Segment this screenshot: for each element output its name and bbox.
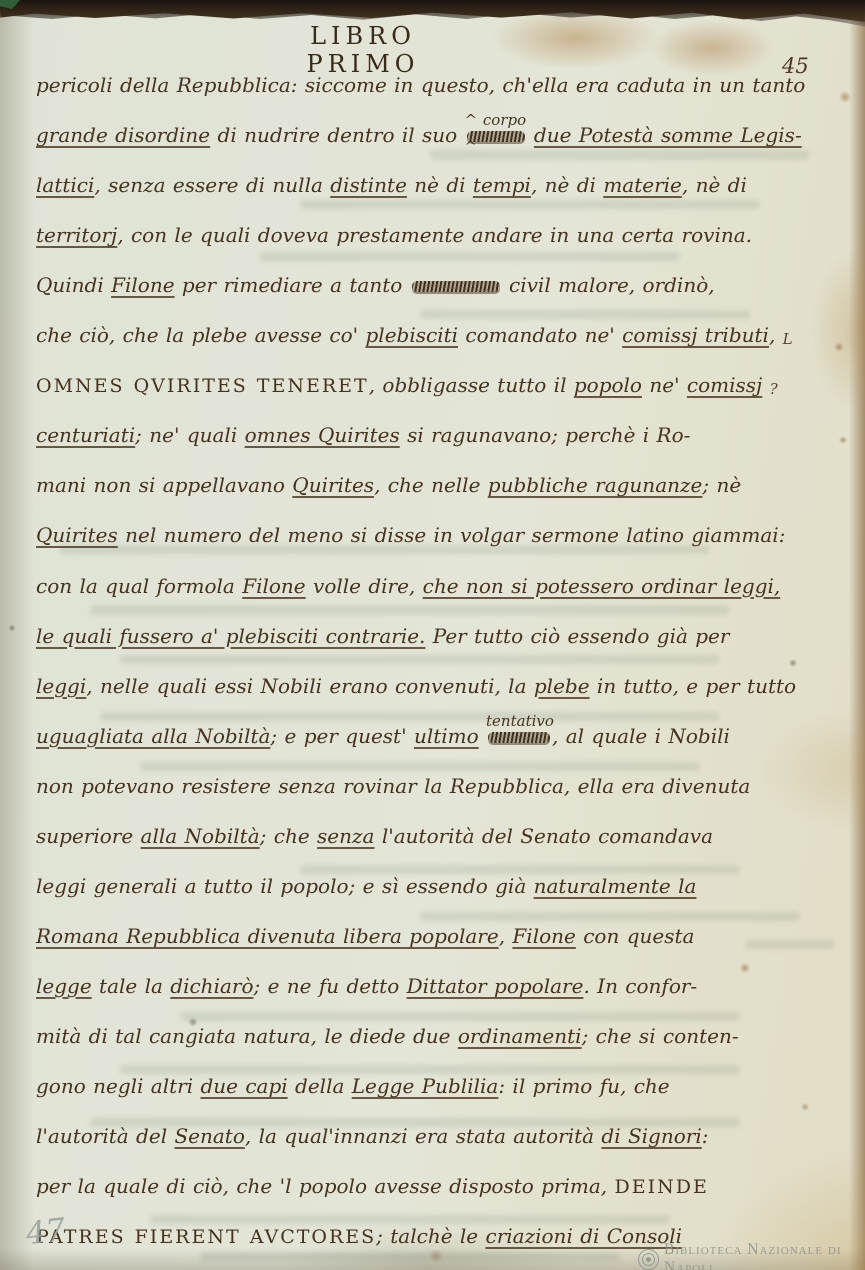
bleedthrough-smudge bbox=[120, 655, 720, 664]
underlined-segment: lattici bbox=[36, 173, 94, 197]
text-segment: , senza essere di nulla bbox=[94, 173, 330, 197]
text-line: per la quale di ciò, che 'l popolo avess… bbox=[36, 1173, 709, 1200]
underlined-segment: le quali fussero a' plebisciti contrarie… bbox=[36, 624, 425, 648]
text-segment: per la quale di ciò, che 'l popolo avess… bbox=[36, 1174, 615, 1198]
text-segment: ; che bbox=[260, 824, 317, 848]
underlined-segment: tempi bbox=[473, 173, 531, 197]
underlined-segment: Filone bbox=[242, 574, 305, 598]
text-line: con la qual formola Filone volle dire, c… bbox=[36, 573, 780, 599]
text-line: OMNES QVIRITES TENERET, obbligasse tutto… bbox=[36, 372, 778, 400]
underlined-segment: dichiarò bbox=[170, 974, 253, 998]
text-line: mità di tal cangiata natura, le diede du… bbox=[36, 1023, 739, 1049]
text-segment: con questa bbox=[576, 924, 695, 948]
text-segment: ; che si conten- bbox=[582, 1024, 739, 1048]
text-segment bbox=[527, 123, 534, 147]
text-line: mani non si appellavano Quirites, che ne… bbox=[36, 472, 741, 498]
bleedthrough-smudge bbox=[200, 1252, 620, 1261]
underlined-segment: alla Nobiltà bbox=[141, 824, 260, 848]
text-segment: con la qual formola bbox=[36, 574, 242, 598]
text-line: centuriati; ne' quali omnes Quirites si … bbox=[36, 422, 690, 448]
underlined-segment: due capi bbox=[200, 1074, 287, 1098]
bleedthrough-smudge bbox=[420, 310, 750, 319]
underlined-segment: Quirites bbox=[36, 523, 118, 547]
text-line: PATRES FIERENT AVCTORES; talchè le criaz… bbox=[36, 1223, 682, 1250]
latin-capitals-segment: OMNES QVIRITES TENERET bbox=[36, 375, 369, 397]
text-segment: Quindi bbox=[36, 273, 111, 297]
underlined-segment: Romana Repubblica divenuta libera popola… bbox=[36, 924, 499, 948]
bleedthrough-smudge bbox=[745, 940, 835, 949]
text-segment: , bbox=[769, 323, 783, 347]
text-segment: . In confor- bbox=[583, 974, 697, 998]
bleedthrough-smudge bbox=[180, 1012, 740, 1021]
text-segment: , nelle quali essi Nobili erano convenut… bbox=[86, 674, 534, 698]
text-line: grande disordine di nudrire dentro il su… bbox=[36, 122, 802, 151]
underlined-segment: comissj tributi bbox=[622, 323, 769, 347]
text-line: Quirites nel numero del meno si disse in… bbox=[36, 522, 785, 548]
scribbled-out-word bbox=[412, 281, 500, 292]
underlined-segment: plebe bbox=[534, 674, 590, 698]
text-line: Quindi Filone per rimediare a tanto civi… bbox=[36, 272, 715, 298]
text-line: territorj, con le quali doveva prestamen… bbox=[36, 222, 752, 248]
text-segment: , bbox=[499, 924, 513, 948]
text-line: le quali fussero a' plebisciti contrarie… bbox=[36, 623, 729, 649]
underlined-segment: naturalmente la bbox=[534, 874, 697, 898]
page-title: LIBRO PRIMO bbox=[248, 22, 478, 78]
text-segment: , nè di bbox=[531, 173, 603, 197]
text-line: leggi, nelle quali essi Nobili erano con… bbox=[36, 673, 796, 699]
text-segment: che ciò, che la plebe avesse co' bbox=[36, 323, 366, 347]
text-line: gono negli altri due capi della Legge Pu… bbox=[36, 1073, 670, 1099]
text-segment: mani non si appellavano bbox=[36, 473, 292, 497]
underlined-segment: comissj bbox=[687, 373, 762, 397]
underlined-segment: distinte bbox=[330, 173, 407, 197]
text-segment: comandato ne' bbox=[458, 323, 622, 347]
text-segment: per rimediare a tanto bbox=[175, 273, 410, 297]
text-segment: , con le quali doveva prestamente andare… bbox=[117, 223, 752, 247]
underlined-segment: plebisciti bbox=[366, 323, 459, 347]
bleedthrough-smudge bbox=[90, 605, 730, 615]
text-line: Romana Repubblica divenuta libera popola… bbox=[36, 923, 694, 949]
text-segment: , nè di bbox=[682, 173, 747, 197]
underlined-segment: materie bbox=[603, 173, 682, 197]
text-segment: ; ne' quali bbox=[135, 423, 244, 447]
text-segment: in tutto, e per tutto bbox=[590, 674, 797, 698]
underlined-segment: legge bbox=[36, 974, 92, 998]
underlined-segment: pubbliche ragunanze bbox=[488, 473, 703, 497]
underlined-segment: senza bbox=[317, 824, 374, 848]
text-line: che ciò, che la plebe avesse co' plebisc… bbox=[36, 322, 793, 350]
text-segment: pericoli della Repubblica: siccome in qu… bbox=[36, 73, 805, 97]
bleedthrough-smudge bbox=[140, 762, 700, 771]
bleedthrough-smudge bbox=[260, 252, 680, 261]
text-segment: , la qual'innanzi era stata autorità bbox=[245, 1124, 602, 1148]
underlined-segment: Filone bbox=[512, 924, 575, 948]
underlined-segment: ultimo bbox=[414, 724, 479, 748]
text-segment: gono negli altri bbox=[36, 1074, 200, 1098]
text-segment: non potevano resistere senza rovinar la … bbox=[36, 774, 750, 798]
underlined-segment: ordinamenti bbox=[458, 1024, 582, 1048]
underlined-segment: Filone bbox=[111, 273, 174, 297]
latin-capitals-segment: DEINDE bbox=[615, 1176, 709, 1198]
text-line: non potevano resistere senza rovinar la … bbox=[36, 773, 750, 799]
latin-capitals-segment: PATRES FIERENT AVCTORES bbox=[36, 1226, 376, 1248]
text-line: leggi generali a tutto il popolo; e sì e… bbox=[36, 873, 696, 899]
watermark-text: Biblioteca Nazionale di Napoli bbox=[664, 1241, 865, 1270]
text-segment: nel numero del meno si disse in volgar s… bbox=[118, 523, 786, 547]
bleedthrough-smudge bbox=[430, 150, 810, 160]
text-segment: nè di bbox=[407, 173, 473, 197]
underlined-segment: grande disordine bbox=[36, 123, 210, 147]
reference-mark: ? bbox=[770, 380, 778, 398]
text-segment: : il primo fu, che bbox=[498, 1074, 669, 1098]
text-segment: ; e per quest' bbox=[270, 724, 414, 748]
underlined-segment: territorj bbox=[36, 223, 117, 247]
bleedthrough-smudge bbox=[300, 200, 760, 209]
torn-page-top-edge-fringe bbox=[0, 0, 865, 22]
underlined-segment: popolo bbox=[574, 373, 642, 397]
underlined-segment: Quirites bbox=[292, 473, 374, 497]
text-segment: , obbligasse tutto il bbox=[369, 373, 574, 397]
text-segment: l'autorità del bbox=[36, 1124, 174, 1148]
text-segment: , che nelle bbox=[374, 473, 488, 497]
text-segment: l'autorità del Senato comandava bbox=[374, 824, 713, 848]
text-segment: tale la bbox=[92, 974, 171, 998]
text-segment: della bbox=[288, 1074, 352, 1098]
text-line: lattici, senza essere di nulla distinte … bbox=[36, 172, 747, 198]
text-segment: ne' bbox=[642, 373, 687, 397]
text-line: l'autorità del Senato, la qual'innanzi e… bbox=[36, 1123, 709, 1149]
underlined-segment: leggi bbox=[36, 674, 86, 698]
text-line: legge tale la dichiarò; e ne fu detto Di… bbox=[36, 973, 697, 999]
text-segment: volle dire, bbox=[306, 574, 423, 598]
underlined-segment: omnes Quirites bbox=[245, 423, 400, 447]
text-segment bbox=[762, 373, 769, 397]
underlined-segment: Legge Publilia bbox=[352, 1074, 499, 1098]
underlined-segment: uguagliata alla Nobiltà bbox=[36, 724, 270, 748]
manuscript-page: LIBRO PRIMO 45 pericoli della Repubblica… bbox=[0, 0, 865, 1270]
text-segment bbox=[479, 724, 486, 748]
text-segment: mità di tal cangiata natura, le diede du… bbox=[36, 1024, 458, 1048]
text-segment: leggi generali a tutto il popolo; e sì e… bbox=[36, 874, 534, 898]
text-segment: ; talchè le bbox=[376, 1224, 485, 1248]
text-segment: , al quale i Nobili bbox=[552, 724, 730, 748]
underlined-segment: due Potestà somme Legis- bbox=[534, 123, 802, 147]
text-segment: Per tutto ciò essendo già per bbox=[425, 624, 729, 648]
text-line: uguagliata alla Nobiltà; e per quest' ul… bbox=[36, 723, 730, 751]
library-seal-icon bbox=[638, 1249, 659, 1270]
bleedthrough-smudge bbox=[100, 712, 720, 721]
text-segment: civil malore, ordinò, bbox=[502, 273, 715, 297]
text-segment: : bbox=[702, 1124, 709, 1148]
underlined-segment: centuriati bbox=[36, 423, 135, 447]
underlined-segment: di Signori bbox=[601, 1124, 701, 1148]
scribbled-out-word bbox=[488, 732, 550, 743]
text-segment: ; nè bbox=[702, 473, 741, 497]
text-line: superiore alla Nobiltà; che senza l'auto… bbox=[36, 823, 713, 849]
text-segment: si ragunavano; perchè i Ro- bbox=[400, 423, 691, 447]
pencil-number: 47 bbox=[24, 1212, 68, 1253]
bleedthrough-smudge bbox=[420, 912, 800, 921]
library-watermark: Biblioteca Nazionale di Napoli bbox=[638, 1241, 865, 1270]
reference-mark: L bbox=[783, 330, 793, 348]
underlined-segment: Dittator popolare bbox=[407, 974, 584, 998]
text-line: pericoli della Repubblica: siccome in qu… bbox=[36, 72, 805, 98]
underlined-segment: Senato bbox=[174, 1124, 244, 1148]
underlined-segment: che non si potessero ordinar leggi, bbox=[423, 574, 781, 598]
text-segment: ; e ne fu detto bbox=[253, 974, 406, 998]
text-segment: superiore bbox=[36, 824, 141, 848]
text-segment: di nudrire dentro il suo bbox=[210, 123, 464, 147]
